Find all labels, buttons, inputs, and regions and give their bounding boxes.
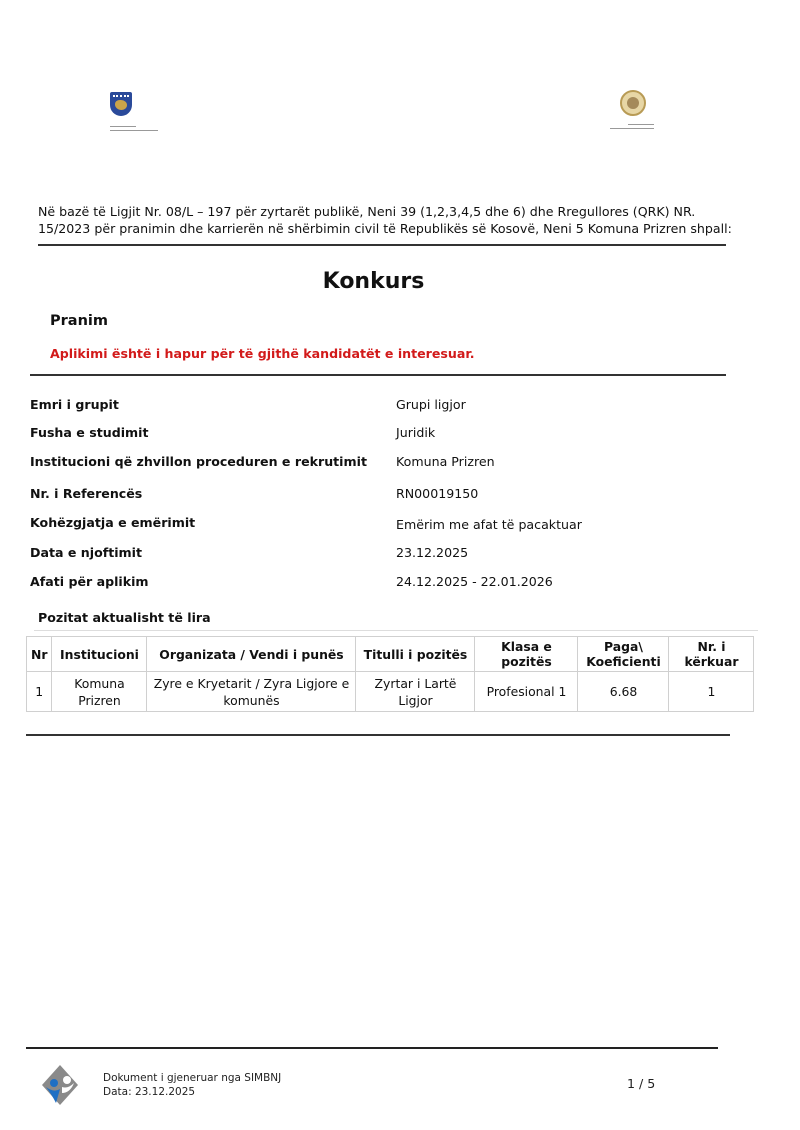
kosovo-coat-of-arms-icon [108, 92, 160, 134]
column-header: Nr [27, 637, 52, 672]
legal-basis-text: Në bazë të Ligjit Nr. 08/L – 197 për zyr… [38, 203, 738, 237]
field-label-group: Emri i grupit [30, 397, 119, 412]
field-label-duration: Kohëzgjatja e emërimit [30, 515, 195, 530]
field-value-institution: Komuna Prizren [396, 454, 495, 469]
simbnj-logo-icon [40, 1063, 80, 1107]
column-header-pay: Paga\Koeficienti [586, 639, 660, 669]
cell-pay-coefficient: 6.68 [578, 672, 669, 712]
divider [30, 374, 726, 376]
table-row: 1 Komuna Prizren Zyre e Kryetarit / Zyra… [27, 672, 754, 712]
page-title: Konkurs [0, 269, 747, 294]
column-header: Nr. i kërkuar [669, 637, 754, 672]
field-value-notice-date: 23.12.2025 [396, 545, 468, 560]
divider [38, 244, 726, 246]
field-label-notice-date: Data e njoftimit [30, 545, 142, 560]
field-value-group: Grupi ligjor [396, 397, 466, 412]
subtitle: Pranim [50, 313, 108, 329]
page-number: 1 / 5 [627, 1076, 655, 1091]
field-value-duration: Emërim me afat të pacaktuar [396, 517, 582, 532]
field-label-institution: Institucioni që zhvillon proceduren e re… [30, 454, 367, 469]
column-header: Titulli i pozitës [356, 637, 475, 672]
footer-divider [26, 1047, 718, 1049]
field-value-reference: RN00019150 [396, 486, 478, 501]
prizren-municipality-seal-icon [608, 90, 660, 134]
positions-table: Nr Institucioni Organizata / Vendi i pun… [26, 636, 754, 712]
divider [26, 734, 730, 736]
generated-date-text: Data: 23.12.2025 [103, 1085, 281, 1099]
application-notice: Aplikimi është i hapur për të gjithë kan… [50, 346, 475, 361]
field-label-reference: Nr. i Referencës [30, 486, 142, 501]
cell-position-title: Zyrtar i Lartë Ligjor [356, 672, 475, 712]
field-value-study: Juridik [396, 425, 435, 440]
field-label-deadline: Afati për aplikim [30, 574, 149, 589]
column-header: Institucioni [52, 637, 147, 672]
divider [34, 630, 758, 631]
cell-position-class: Profesional 1 [475, 672, 578, 712]
field-label-study: Fusha e studimit [30, 425, 148, 440]
column-header: Klasa e pozitës [475, 637, 578, 672]
positions-title: Pozitat aktualisht të lira [38, 610, 211, 625]
column-header: Paga\Koeficienti [578, 637, 669, 672]
cell-institution: Komuna Prizren [52, 672, 147, 712]
cell-required-count: 1 [669, 672, 754, 712]
cell-organization: Zyre e Kryetarit / Zyra Ligjore e komunë… [147, 672, 356, 712]
generated-by-text: Dokument i gjeneruar nga SIMBNJ [103, 1071, 281, 1085]
table-header-row: Nr Institucioni Organizata / Vendi i pun… [27, 637, 754, 672]
footer-info: Dokument i gjeneruar nga SIMBNJ Data: 23… [103, 1071, 281, 1099]
cell-nr: 1 [27, 672, 52, 712]
column-header: Organizata / Vendi i punës [147, 637, 356, 672]
field-value-deadline: 24.12.2025 - 22.01.2026 [396, 574, 553, 589]
